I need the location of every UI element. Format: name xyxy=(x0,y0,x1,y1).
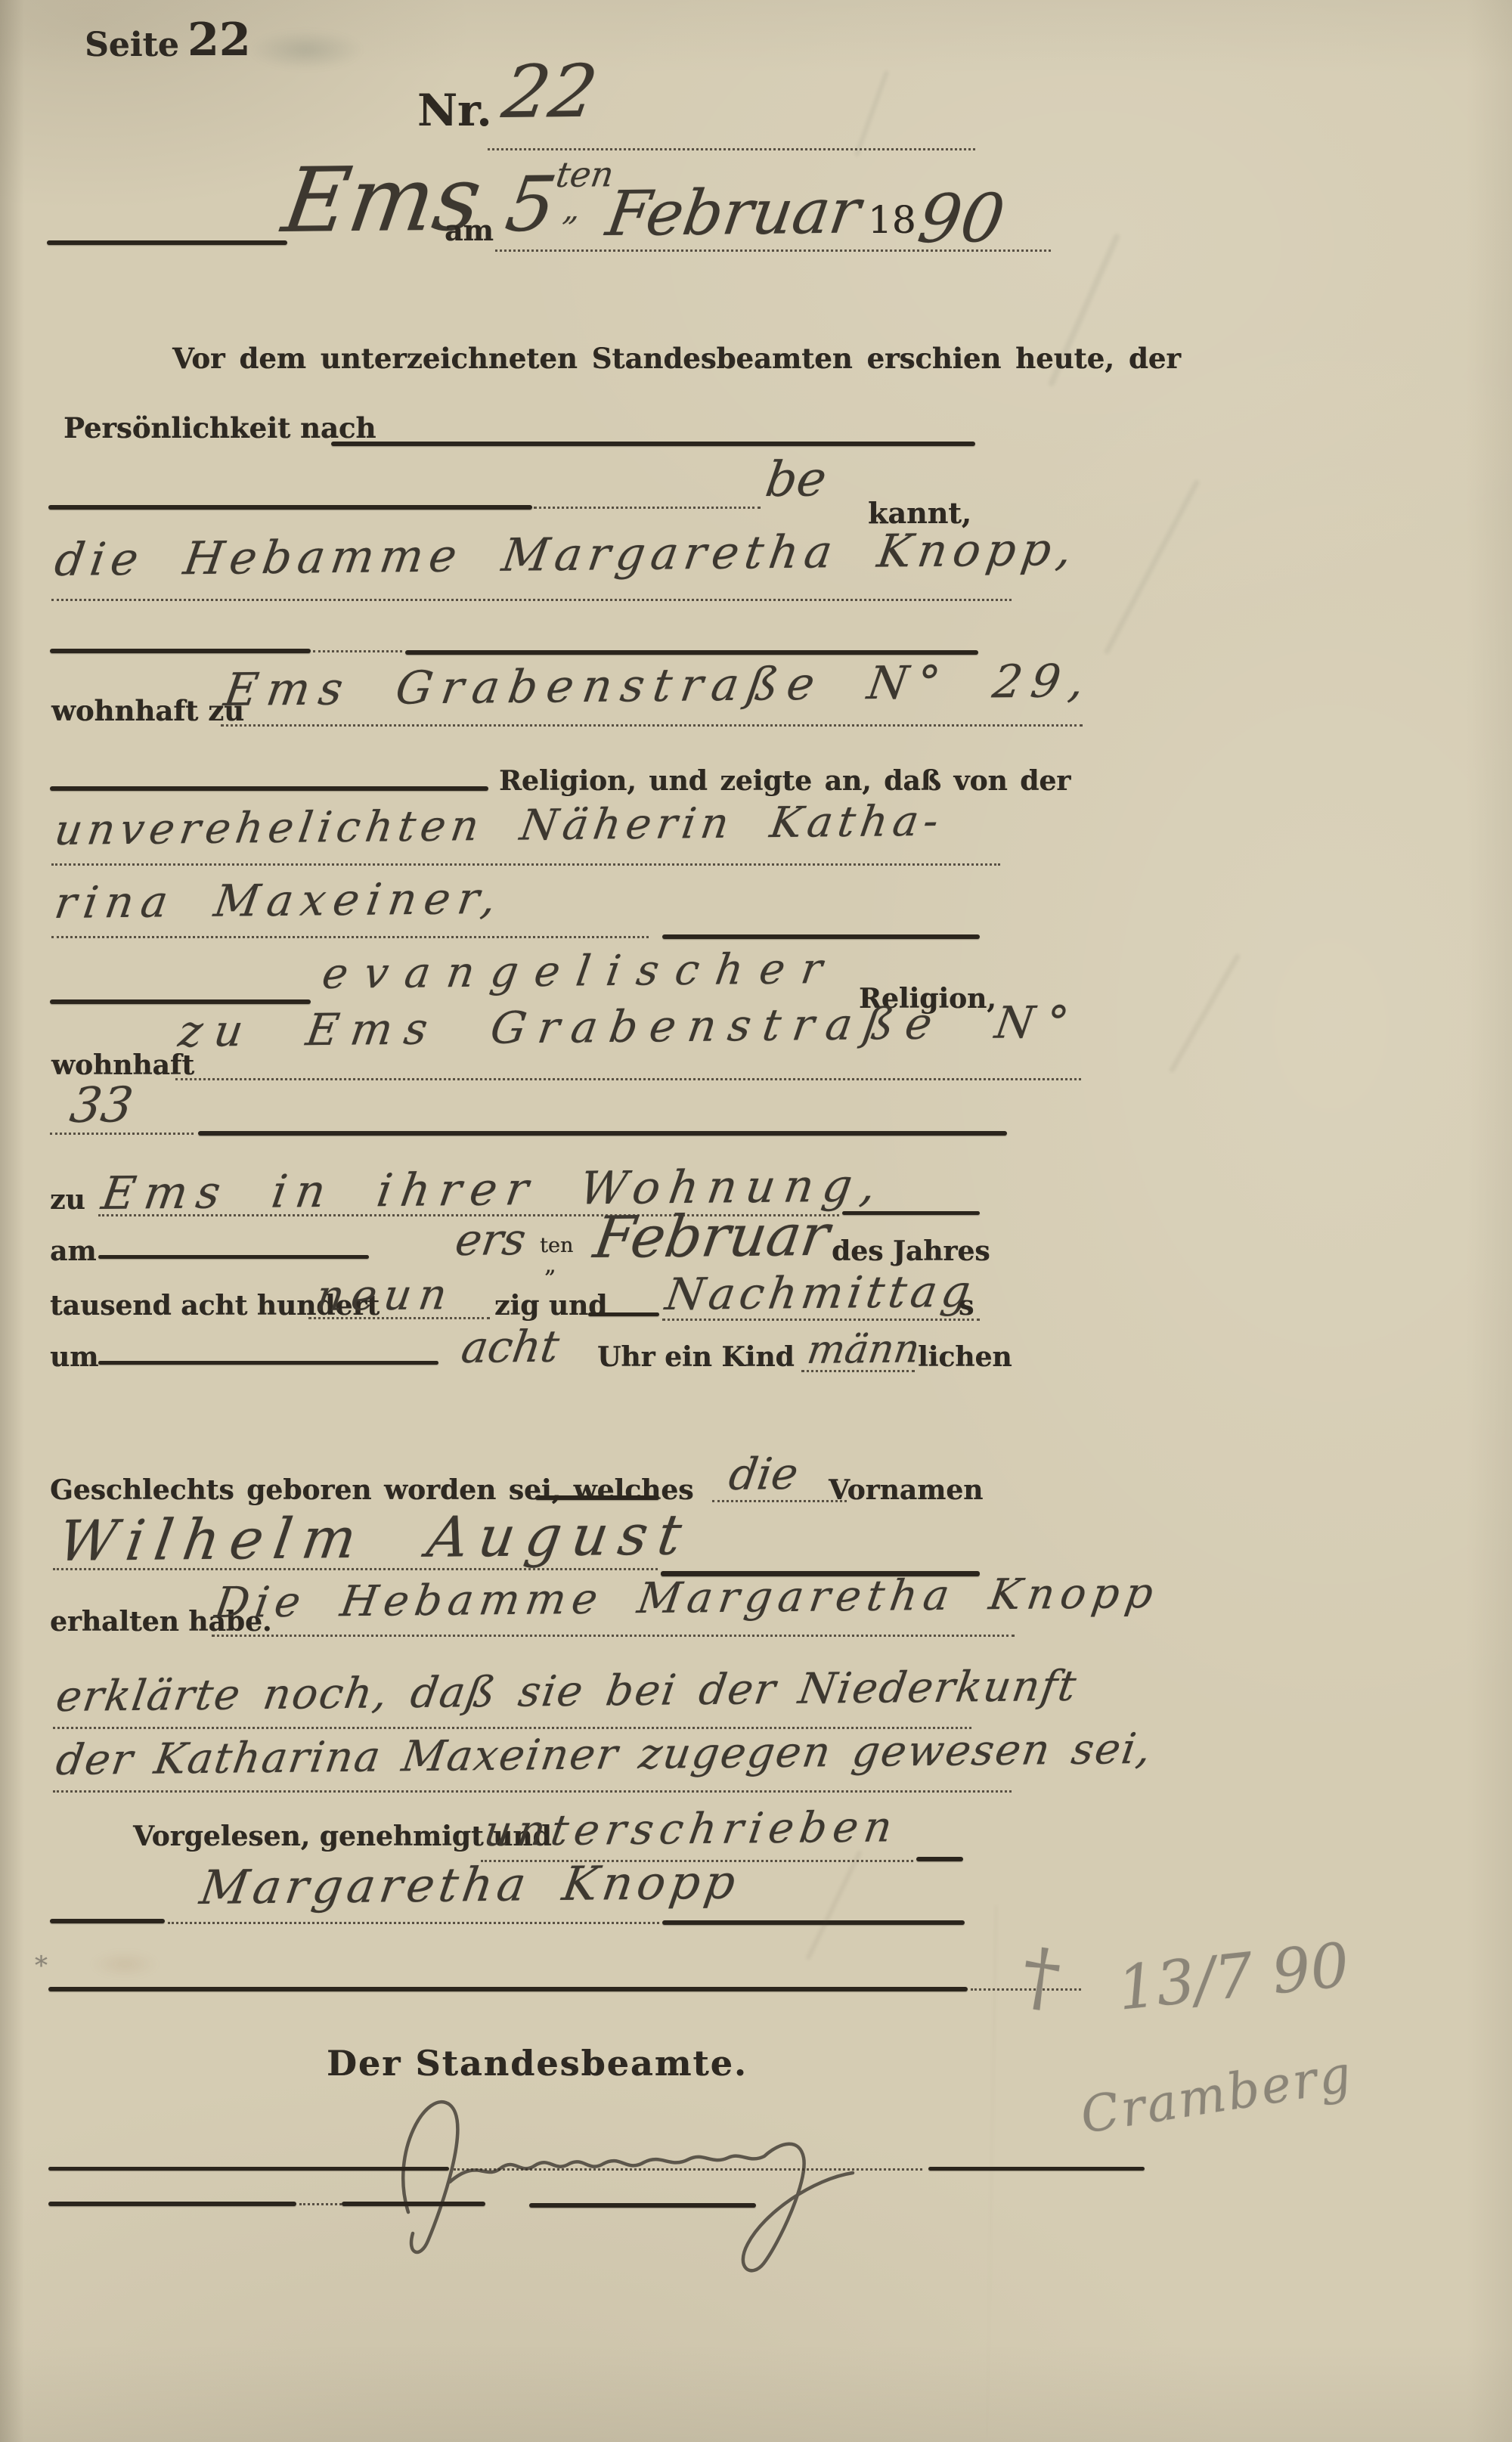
birthplace-rule-right xyxy=(842,1211,980,1215)
vornamen-article: die xyxy=(726,1448,801,1500)
final-rule-c xyxy=(529,2203,756,2208)
margin-mark: * xyxy=(35,1951,48,1981)
pencil-date: 13/7 90 xyxy=(1114,1929,1352,2024)
declarant-name-line xyxy=(51,599,1012,601)
blank-rule-a xyxy=(50,649,311,653)
year-tens: neun xyxy=(313,1270,457,1321)
daytime-rule xyxy=(588,1312,659,1316)
bleedthrough-smudge xyxy=(1103,479,1200,655)
mother-line1: unverehelichten Näherin Katha- xyxy=(51,797,947,855)
mother-line2: rina Maxeiner, xyxy=(51,872,507,928)
registration-year-written: 90 xyxy=(913,179,1009,258)
gender-suffix-label: lichen xyxy=(918,1341,1012,1373)
mother-wohnhaft-label: wohnhaft xyxy=(51,1049,194,1081)
registration-day-suffix: ten xyxy=(553,153,616,195)
intro-line: Vor dem unterzeichneten Standesbeamten e… xyxy=(172,342,1181,375)
child-given-names: Wilhelm August xyxy=(54,1502,696,1574)
gender-line xyxy=(801,1370,915,1372)
daytime-line-dotted xyxy=(662,1319,980,1321)
dateline-rule-left xyxy=(47,240,287,245)
record-number-line xyxy=(488,148,975,150)
signature-rule-dotted xyxy=(168,1922,659,1924)
record-number-value: 22 xyxy=(497,49,603,135)
birthdate-jahres-label: des Jahres xyxy=(832,1235,990,1267)
statement-line3-rule xyxy=(53,1790,1012,1793)
bleedthrough-smudge xyxy=(1168,953,1241,1073)
pencil-cross: † xyxy=(1016,1930,1066,2023)
statement-line1-rule xyxy=(212,1635,1015,1637)
mother-address: zu Ems Grabenstraße N° xyxy=(175,996,1084,1057)
registrar-rule-dotted xyxy=(454,2168,922,2171)
time-um-label: um xyxy=(50,1341,98,1373)
daytime-suffix: s xyxy=(959,1290,974,1322)
unterschrieben: unterschrieben xyxy=(481,1802,901,1856)
blank-rule-b xyxy=(405,650,978,655)
geschlecht-rule xyxy=(535,1495,659,1500)
birthplace-zu-label: zu xyxy=(50,1184,85,1216)
persoenlichkeit-label: Persönlichkeit nach xyxy=(64,411,376,445)
final-rule-dotted xyxy=(299,2203,342,2205)
statement-line1: Die Hebamme Margaretha Knopp xyxy=(212,1569,1162,1628)
geschlecht-line: Geschlechts geboren worden sei, welches xyxy=(50,1474,693,1506)
stamp-smudge xyxy=(249,30,363,70)
declarant-address-line xyxy=(221,724,1083,727)
signature-rule-left xyxy=(50,1919,165,1923)
bekannt-handwritten: be xyxy=(762,451,830,508)
declarant-signature: Margaretha Knopp xyxy=(197,1855,743,1915)
registration-year-printed: 18 xyxy=(868,198,916,242)
registry-page: Seite 22 Nr. 22 Ems am 5 ten „ Februar 1… xyxy=(0,0,1512,2442)
fold-line xyxy=(986,1905,997,2442)
uhr-kind-label: Uhr ein Kind xyxy=(597,1341,795,1373)
religion1-rule xyxy=(50,786,488,791)
blank-rule-bottom xyxy=(48,1987,968,1991)
time-rule xyxy=(98,1361,438,1365)
unterschrieben-rule-solid xyxy=(916,1857,963,1861)
birthdate-day: ers xyxy=(452,1213,529,1266)
registration-day: 5 xyxy=(500,160,562,249)
paper-stain xyxy=(91,1951,159,1978)
vornamen-label: Vornamen xyxy=(829,1474,983,1506)
registrar-rule-right xyxy=(928,2167,1145,2171)
address-number-rule-dotted xyxy=(50,1133,194,1135)
record-number-label: Nr. xyxy=(417,85,491,136)
year-suffix-label: zig und xyxy=(494,1290,607,1322)
religion1-line: Religion, und zeigte an, daß von der xyxy=(499,765,1070,797)
registrar-rule-left xyxy=(48,2167,449,2171)
bekannt-rule-dotted xyxy=(534,507,761,509)
gender: männ xyxy=(804,1326,922,1373)
declarant-name: die Hebamme Margaretha Knopp, xyxy=(51,523,1081,587)
signature-rule-right xyxy=(662,1920,965,1925)
address-number-rule xyxy=(198,1131,1007,1136)
page-number: 22 xyxy=(187,14,251,67)
statement-line3: der Katharina Maxeiner zugegen gewesen s… xyxy=(53,1725,1156,1785)
mother-address-number: 33 xyxy=(67,1077,137,1134)
mother-line2-rule-solid xyxy=(662,934,980,939)
mother-line1-rule xyxy=(51,863,1000,866)
persoenlichkeit-rule xyxy=(331,442,975,446)
am-label: am xyxy=(445,213,494,247)
year-tens-line xyxy=(308,1317,490,1319)
pencil-place: Cramberg xyxy=(1077,2044,1357,2145)
declarant-wohnhaft-label: wohnhaft zu xyxy=(51,694,244,727)
registration-month: Februar xyxy=(602,176,865,250)
names-line xyxy=(53,1568,658,1570)
declarant-address: Ems Grabenstraße N° 29, xyxy=(221,655,1097,717)
religion2-rule xyxy=(50,999,311,1004)
bekannt-rule xyxy=(48,505,532,510)
final-rule-a xyxy=(48,2202,296,2206)
birthdate-ten-mark: „ xyxy=(544,1252,556,1278)
birth-hour: acht xyxy=(458,1321,562,1373)
mother-religion: evangelischer xyxy=(319,944,842,999)
statement-line2: erklärte noch, daß sie bei der Niederkun… xyxy=(53,1662,1080,1721)
bleedthrough-smudge xyxy=(805,1850,863,1960)
blank-rule-a-dotted xyxy=(313,650,402,652)
final-rule-b xyxy=(342,2202,485,2206)
mother-address-line xyxy=(175,1078,1081,1080)
birthdate-month: Februar xyxy=(590,1201,834,1271)
birthdate-am-label: am xyxy=(50,1235,96,1267)
mother-line2-rule xyxy=(51,936,649,938)
registrar-signature xyxy=(355,2069,900,2273)
registration-day-mark: „ xyxy=(561,191,583,228)
page-label: Seite xyxy=(85,26,179,64)
vornamen-article-line xyxy=(712,1500,847,1502)
daytime: Nachmittag xyxy=(662,1266,978,1320)
birthdate-rule xyxy=(98,1255,369,1259)
bleedthrough-smudge xyxy=(854,70,890,157)
